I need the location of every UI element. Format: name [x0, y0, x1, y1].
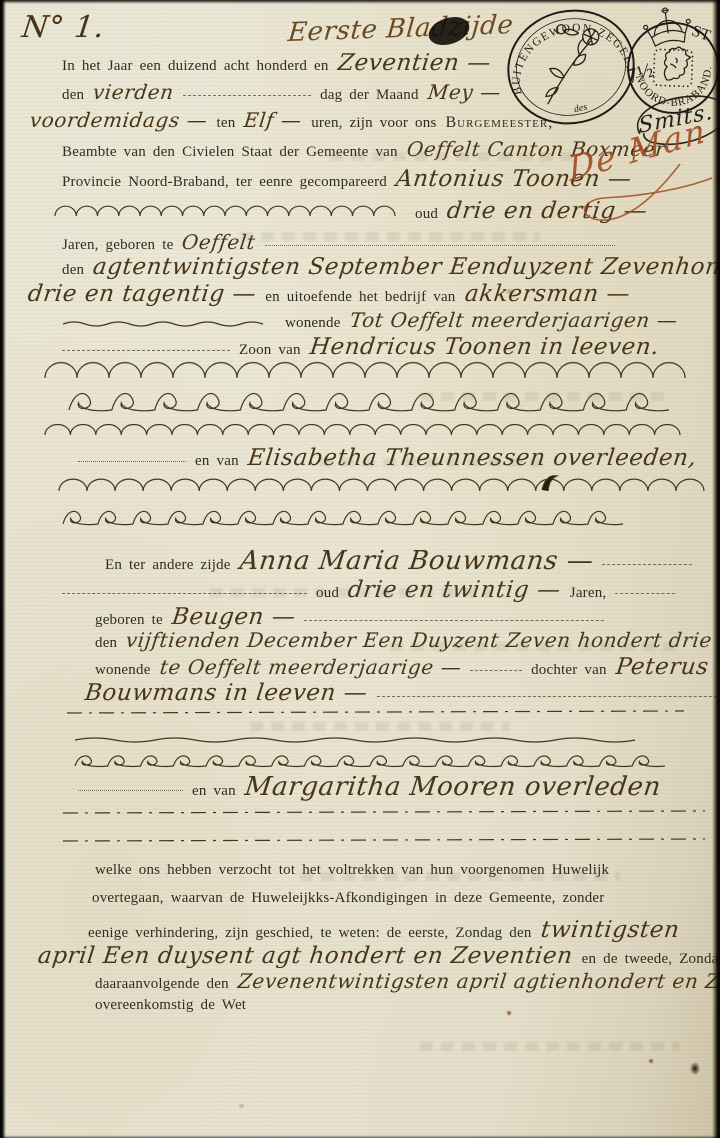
ink-fill-line	[377, 695, 720, 697]
ink-squiggle-row	[62, 316, 262, 328]
printed-banns-intro: eenige verhindering, zijn geschied, te w…	[88, 925, 532, 942]
line-request-1: welke ons hebben verzocht tot het voltre…	[95, 862, 609, 879]
ink-squiggle-row	[62, 508, 622, 528]
ink-fill-line	[265, 244, 615, 246]
line-closing: overeenkomstig de Wet	[95, 997, 246, 1014]
line-year: In het Jaar een duizend acht honderd en …	[62, 50, 491, 76]
lion-shield-icon	[653, 46, 692, 86]
ink-squiggle-row	[54, 206, 394, 220]
bride-father-firstname: Peterus	[614, 654, 710, 680]
line-groom-name: Provincie Noord-Braband, ter eenre gecom…	[62, 166, 632, 192]
printed-andere-zijde: En ter andere zijde	[105, 557, 231, 574]
ink-squiggle-row	[68, 388, 668, 414]
ink-fill-line	[78, 460, 186, 462]
ink-fill-line	[62, 592, 307, 594]
line-bride-father-surname: Bouwmans in leeven —	[85, 680, 720, 706]
bride-mother: Margaritha Mooren overleden	[243, 772, 663, 802]
banns-first-day: twintigsten	[539, 917, 681, 943]
bride-father-surname: Bouwmans in leeven —	[83, 680, 369, 706]
printed-wonende: wonende	[285, 315, 341, 332]
groom-birthplace: Oeffelt	[181, 230, 257, 254]
printed-den: den	[62, 262, 84, 279]
ink-fill-line	[183, 94, 311, 96]
printed-den: den	[62, 87, 84, 104]
entry-month: Mey —	[426, 80, 502, 104]
line-day-month: den vierden dag der Maand Mey —	[62, 80, 501, 104]
ink-mark	[540, 472, 560, 494]
line-bride-name: En ter andere zijde Anna Maria Bouwmans …	[105, 546, 692, 576]
printed-en-van: en van	[195, 453, 239, 470]
top-note-text: Eerste Bladzijde	[287, 10, 515, 48]
entry-hour: Elf —	[243, 108, 304, 132]
printed-dochter-van: dochter van	[531, 662, 607, 679]
ink-squiggle-row	[44, 424, 679, 439]
foxing-spot	[648, 1058, 654, 1064]
printed-en-van: en van	[192, 783, 236, 800]
line-bride-mother: en van Margaritha Mooren overleden	[78, 772, 661, 802]
printed-geboren-te: Jaren, geboren te	[62, 237, 173, 254]
top-note: Eerste Bladzijde	[288, 10, 514, 48]
ink-fill-line	[78, 789, 183, 791]
printed-bedrijf-intro: en uitoefende het bedrijf van	[265, 289, 455, 306]
ink-dash-row	[62, 836, 707, 846]
bride-birthplace: Beugen —	[170, 604, 297, 630]
groom-father: Hendricus Toonen in leeven.	[308, 334, 660, 360]
printed-den: den	[95, 635, 117, 652]
groom-occupation: akkersman —	[463, 281, 631, 307]
groom-mother: Elisabetha Theunnessen overleeden,	[246, 445, 698, 471]
printed-second-banns-intro: en de tweede, Zondag	[582, 951, 720, 968]
printed-gemeente-intro: Beambte van den Civielen Staat der Gemee…	[62, 144, 398, 161]
line-request-2: overtegaan, waarvan de Huweleijkks-Afkon…	[92, 890, 605, 907]
groom-birthyear-suffix: drie en tagentig —	[26, 281, 257, 307]
ink-fill-line	[602, 563, 692, 565]
crown-icon	[641, 5, 693, 48]
line-groom-birthdate: den agtentwintigsten September Eenduyzen…	[62, 254, 720, 280]
bride-name: Anna Maria Bouwmans —	[238, 546, 595, 576]
line-groom-father: Zoon van Hendricus Toonen in leeven.	[62, 334, 659, 360]
scan-edge	[0, 0, 6, 1138]
ink-squiggle-row	[58, 478, 703, 495]
printed-request-2: overtegaan, waarvan de Huweleijkks-Afkon…	[92, 890, 605, 907]
printed-wonende: wonende	[95, 662, 151, 679]
foxing-spot	[506, 1010, 512, 1016]
line-groom-occupation: drie en tagentig — en uitoefende het bed…	[28, 281, 630, 307]
printed-geboren-te: geboren te	[95, 612, 163, 629]
line-banns-first: eenige verhindering, zijn geschied, te w…	[88, 917, 679, 943]
line-time: voordemidags — ten Elf — uren, zijn voor…	[30, 108, 553, 132]
page-number: N° 1.	[22, 10, 104, 45]
printed-zoon-van: Zoon van	[239, 342, 301, 359]
entry-day: vierden	[92, 80, 176, 104]
ink-fill-line	[62, 349, 230, 351]
ink-squiggle-row	[44, 360, 684, 382]
printed-oud: oud	[316, 585, 339, 602]
line-bride-birthplace: geboren te Beugen —	[95, 604, 604, 630]
bride-age: drie en twintig —	[347, 577, 563, 603]
ink-fill-line	[304, 619, 604, 621]
printed-year-intro: In het Jaar een duizend acht honderd en	[62, 58, 329, 75]
line-bride-residence: wonende te Oeffelt meerderjaarige — doch…	[95, 654, 708, 680]
entry-daypart: voordemidags —	[29, 108, 209, 132]
bleed-through-text	[420, 1042, 680, 1051]
entry-year: Zeventien —	[336, 50, 492, 76]
banns-second-date: Zevenentwintigsten april agtienhondert e…	[236, 969, 720, 993]
line-banns-first-date: april Een duysent agt hondert en Zeventi…	[38, 943, 720, 969]
scanned-marriage-certificate: N° 1. Eerste Bladzijde BUITENGEWOON-ZEGE…	[0, 0, 720, 1138]
printed-province-intro: Provincie Noord-Braband, ter eenre gecom…	[62, 174, 387, 191]
line-bride-age: oud drie en twintig — Jaren,	[62, 577, 675, 603]
printed-month-label: dag der Maand	[320, 87, 419, 104]
ink-fill-line	[470, 669, 522, 671]
line-bride-birthdate: den vijftienden December Een Duyzent Zev…	[95, 628, 720, 652]
ink-fill-line	[615, 592, 675, 594]
line-groom-mother: en van Elisabetha Theunnessen overleeden…	[78, 445, 696, 471]
line-groom-birthplace: Jaren, geboren te Oeffelt	[62, 230, 615, 254]
foxing-spot	[238, 1103, 245, 1109]
line-banns-second-date: daaraanvolgende den Zevenentwintigsten a…	[95, 969, 720, 993]
groom-birthdate: agtentwintigsten September Eenduyzent Ze…	[92, 254, 720, 280]
printed-uren: uren, zijn voor ons	[311, 115, 436, 132]
foxing-spot	[690, 1062, 700, 1075]
ink-squiggle-row	[74, 754, 664, 770]
bride-birthdate: vijftienden December Een Duyzent Zeven h…	[125, 628, 720, 652]
printed-request-1: welke ons hebben verzocht tot het voltre…	[95, 862, 609, 879]
page-number-text: N° 1.	[20, 10, 107, 45]
printed-oud: oud	[415, 206, 438, 223]
line-groom-residence: wonende Tot Oeffelt meerderjaarigen —	[285, 308, 677, 332]
bride-residence: te Oeffelt meerderjaarige —	[158, 655, 462, 679]
ink-dash-row	[62, 808, 707, 818]
printed-ten: ten	[217, 115, 236, 132]
ink-squiggle-row	[74, 730, 634, 744]
printed-jaren: Jaren,	[570, 585, 607, 602]
groom-residence: Tot Oeffelt meerderjaarigen —	[348, 308, 679, 332]
printed-closing: overeenkomstig de Wet	[95, 997, 246, 1014]
ink-dash-row	[66, 708, 686, 718]
banns-first-date: april Een duysent agt hondert en Zeventi…	[36, 943, 574, 969]
stamp-bottom-text: des	[573, 102, 589, 116]
printed-daaraanvolgende: daaraanvolgende den	[95, 976, 229, 993]
